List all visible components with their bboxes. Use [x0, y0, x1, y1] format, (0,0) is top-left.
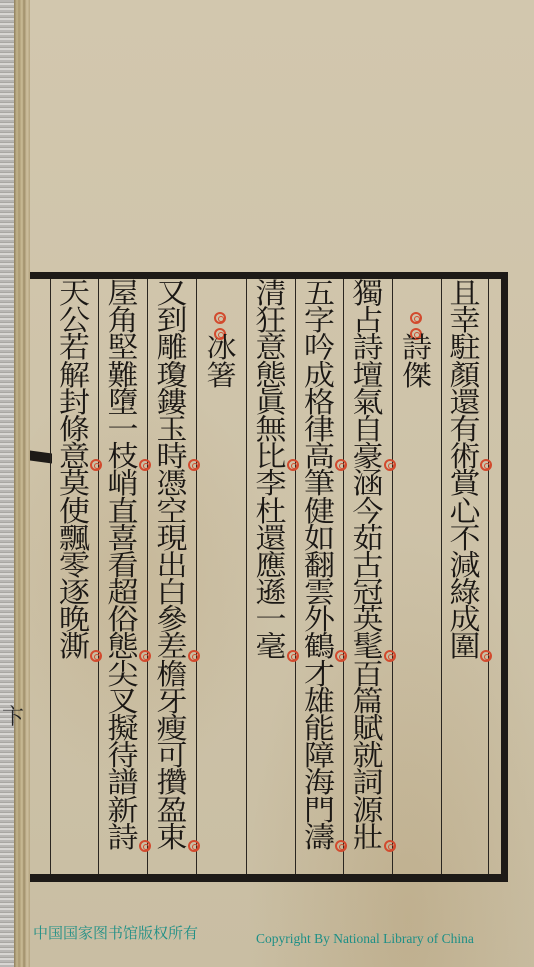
glyph: 時	[152, 445, 192, 470]
glyph: 態	[251, 364, 291, 389]
glyph: 意	[251, 336, 291, 361]
glyph: 獨	[348, 282, 388, 307]
glyph: 有	[445, 418, 485, 443]
glyph: 盈	[152, 799, 192, 824]
glyph: 逐	[55, 581, 95, 606]
glyph: 才	[300, 663, 340, 688]
glyph: 成	[300, 364, 340, 389]
poem-title-column: 詩傑	[393, 281, 441, 873]
glyph: 叉	[103, 690, 143, 715]
glyph: 譜	[103, 771, 143, 796]
glyph: 詞	[348, 771, 388, 796]
glyph: 源	[348, 799, 388, 824]
glyph: 天	[55, 282, 95, 307]
glyph: 髦	[348, 636, 388, 661]
glyph: 白	[152, 581, 192, 606]
poem-title-column: 冰箸	[197, 281, 246, 873]
copyright-chinese: 中国国家图书馆版权所有	[33, 922, 198, 943]
verse-column: 屋角堅難墮一枝峭直喜看超俗態尖叉擬待譜新詩	[99, 281, 147, 873]
glyph: 比	[251, 445, 291, 470]
glyph: 飄	[55, 527, 95, 552]
glyph: 枝	[103, 445, 143, 470]
glyph: 吟	[300, 336, 340, 361]
glyph: 壯	[348, 826, 388, 851]
glyph: 雲	[300, 581, 340, 606]
glyph: 又	[152, 282, 192, 307]
glyph: 篇	[348, 690, 388, 715]
glyph: 百	[348, 663, 388, 688]
glyph: 澌	[55, 636, 95, 661]
glyph: 自	[348, 418, 388, 443]
glyph: 應	[251, 554, 291, 579]
glyph: 駐	[445, 336, 485, 361]
copyright-english: Copyright By National Library of China	[256, 931, 474, 947]
glyph: 雕	[152, 336, 192, 361]
glyph: 瘦	[152, 717, 192, 742]
glyph: 若	[55, 336, 95, 361]
glyph: 五	[300, 282, 340, 307]
glyph: 且	[445, 282, 485, 307]
glyph: 現	[152, 527, 192, 552]
glyph: 瓊	[152, 364, 192, 389]
glyph: 術	[445, 445, 485, 470]
verse-column: 五字吟成格律高筆健如翻雲外鶴才雄能障海門濤	[296, 281, 343, 873]
glyph: 筆	[300, 472, 340, 497]
glyph: 墮	[103, 391, 143, 416]
glyph: 鶴	[300, 636, 340, 661]
glyph: 喜	[103, 527, 143, 552]
glyph: 茹	[348, 527, 388, 552]
verse-column: 獨占詩壇氣自豪涵今茹古冠英髦百篇賦就詞源壯	[344, 281, 392, 873]
glyph: 清	[251, 282, 291, 307]
glyph: 峭	[103, 472, 143, 497]
glyph: 詩	[397, 336, 437, 361]
glyph: 詩	[348, 336, 388, 361]
verse-column: 且幸駐顏還有術賞心不減綠成圍	[442, 281, 488, 873]
glyph: 高	[300, 445, 340, 470]
glyph: 減	[445, 554, 485, 579]
glyph: 態	[103, 636, 143, 661]
glyph: 還	[251, 527, 291, 552]
glyph: 古	[348, 554, 388, 579]
glyph: 濤	[300, 826, 340, 851]
glyph: 門	[300, 799, 340, 824]
glyph: 氣	[348, 391, 388, 416]
glyph: 冰	[202, 336, 242, 361]
glyph: 檐	[152, 663, 192, 688]
glyph: 杜	[251, 500, 291, 525]
glyph: 憑	[152, 472, 192, 497]
margin-page-glyph: 卞	[2, 700, 24, 731]
glyph: 封	[55, 391, 95, 416]
glyph: 出	[152, 554, 192, 579]
glyph: 意	[55, 445, 95, 470]
glyph: 空	[152, 500, 192, 525]
glyph: 無	[251, 418, 291, 443]
glyph: 豪	[348, 445, 388, 470]
glyph: 看	[103, 554, 143, 579]
glyph: 詩	[103, 826, 143, 851]
glyph: 不	[445, 527, 485, 552]
glyph: 海	[300, 771, 340, 796]
glyph: 鏤	[152, 391, 192, 416]
glyph: 攢	[152, 771, 192, 796]
glyph: 顏	[445, 364, 485, 389]
glyph: 堅	[103, 336, 143, 361]
glyph: 零	[55, 554, 95, 579]
glyph: 壇	[348, 364, 388, 389]
glyph: 眞	[251, 391, 291, 416]
glyph: 箸	[202, 364, 242, 389]
glyph: 冠	[348, 581, 388, 606]
glyph: 難	[103, 364, 143, 389]
glyph: 傑	[397, 364, 437, 389]
glyph: 格	[300, 391, 340, 416]
glyph: 還	[445, 391, 485, 416]
glyph: 今	[348, 500, 388, 525]
glyph: 遜	[251, 581, 291, 606]
glyph: 健	[300, 500, 340, 525]
glyph: 綠	[445, 581, 485, 606]
glyph: 能	[300, 717, 340, 742]
glyph: 使	[55, 500, 95, 525]
glyph: 如	[300, 527, 340, 552]
glyph: 尖	[103, 663, 143, 688]
verse-column: 清狂意態眞無比李杜還應遜一毫	[247, 281, 295, 873]
glyph: 條	[55, 418, 95, 443]
glyph: 牙	[152, 690, 192, 715]
glyph: 莫	[55, 472, 95, 497]
glyph: 心	[445, 500, 485, 525]
glyph: 賦	[348, 717, 388, 742]
glyph: 涵	[348, 472, 388, 497]
glyph: 雄	[300, 690, 340, 715]
column-divider	[488, 279, 489, 874]
glyph: 李	[251, 472, 291, 497]
glyph: 解	[55, 364, 95, 389]
glyph: 束	[152, 826, 192, 851]
glyph: 新	[103, 799, 143, 824]
glyph: 毫	[251, 636, 291, 661]
glyph: 玉	[152, 418, 192, 443]
glyph: 屋	[103, 282, 143, 307]
glyph: 律	[300, 418, 340, 443]
glyph: 直	[103, 500, 143, 525]
glyph: 擬	[103, 717, 143, 742]
glyph: 差	[152, 636, 192, 661]
verse-column: 天公若解封條意莫使飄零逐晚澌	[51, 281, 98, 873]
glyph: 超	[103, 581, 143, 606]
glyph: 賞	[445, 472, 485, 497]
glyph: 一	[103, 418, 143, 443]
glyph: 圍	[445, 636, 485, 661]
glyph: 翻	[300, 554, 340, 579]
verse-column: 又到雕瓊鏤玉時憑空現出白參差檐牙瘦可攢盈束	[148, 281, 196, 873]
